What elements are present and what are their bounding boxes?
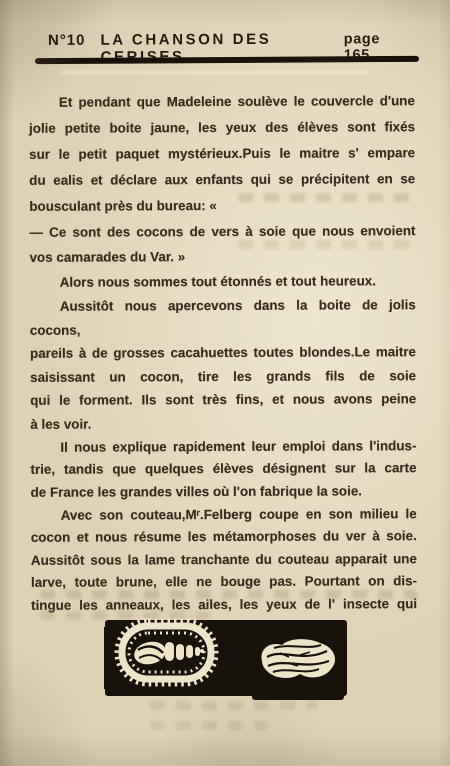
text-line: vos camarades du Var. »	[30, 243, 416, 270]
text-line: Aussitôt sous la lame tranchante du cout…	[31, 548, 417, 572]
body-text: Et pendant que Madeleine soulève le couv…	[29, 88, 417, 617]
paragraph: Aussitôt nous apercevons dans la boite d…	[30, 293, 417, 436]
text-line: de France les grandes villes où l'on fab…	[31, 480, 417, 504]
text-line: Il nous explique rapidement leur emploi …	[30, 435, 416, 459]
journal-page: N°10 LA CHANSON DES CERISES page 165 Et …	[0, 0, 450, 766]
scanned-page-photo: N°10 LA CHANSON DES CERISES page 165 Et …	[0, 0, 450, 766]
ink-bleed-through	[40, 590, 418, 599]
issue-number: N°10	[48, 32, 86, 49]
text-line: sur le petit paquet mystérieux.Puis le m…	[29, 140, 415, 168]
text-line: — Ce sont des cocons de vers à soie que …	[29, 218, 415, 245]
text-line: pareils à de grosses cacahuettes toutes …	[30, 340, 416, 365]
text-line: du ealis et déclare aux enfants qui se p…	[29, 166, 415, 194]
text-line: Avec son couteau,Mʳ.Felberg coupe en son…	[31, 503, 417, 527]
paragraph: Avec son couteau,Mʳ.Felberg coupe en son…	[31, 503, 417, 617]
paragraph: Alors nous sommes tout étonnés et tout h…	[30, 268, 416, 295]
silkworm-cocoon-woodcut-icon	[104, 617, 350, 703]
text-line: trie, tandis que quelques élèves désigne…	[30, 458, 416, 482]
text-line: Aussitôt nous apercevons dans la boite d…	[30, 293, 416, 342]
text-line: à les voir.	[30, 411, 416, 436]
text-line: Et pendant que Madeleine soulève le couv…	[29, 88, 415, 116]
paragraph: Il nous explique rapidement leur emploi …	[30, 435, 416, 505]
header-rule-emboss	[60, 71, 370, 74]
text-line: cocon et nous résume les métamorphoses d…	[31, 526, 417, 550]
paragraph: — Ce sont des cocons de vers à soie que …	[29, 218, 415, 270]
text-line: qui le forment. Ils sont très fins, et n…	[30, 388, 416, 413]
ink-bleed-through	[150, 721, 270, 730]
text-line: bousculant près du bureau: «	[29, 192, 415, 220]
text-line: Alors nous sommes tout étonnés et tout h…	[30, 268, 416, 295]
text-line: saisissant un cocon, tire les grands fil…	[30, 364, 416, 389]
text-line: jolie petite boite jaune, les yeux des é…	[29, 114, 415, 142]
paragraph: Et pendant que Madeleine soulève le couv…	[29, 88, 416, 220]
cocoon-whole-figure	[262, 639, 336, 678]
